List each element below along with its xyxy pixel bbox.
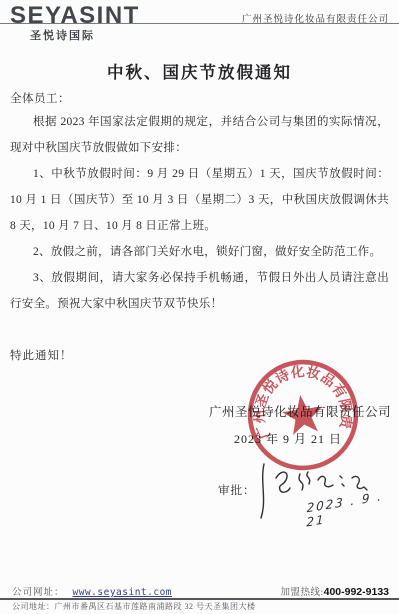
approval-label: 审批： [218, 482, 256, 498]
notice-paragraph: 2、放假之前，请各部门关好水电，锁好门窗，做好安全防范工作。 [10, 239, 389, 265]
notice-paragraph: 3、放假期间，请大家务必保持手机畅通，节假日外出人员请注意出行安全。预祝大家中秋… [10, 265, 389, 317]
svg-text:广州圣悦诗化妆品有限责任公司: 广州圣悦诗化妆品有限责任公司 [239, 351, 358, 447]
footer-divider [0, 598, 399, 600]
footer-website-link[interactable]: www.seyasint.com [73, 587, 173, 598]
footer-hotline-number: 400-992-9133 [324, 586, 389, 598]
notice-paragraph: 根据 2023 年国家法定假期的规定，并结合公司与集团的实际情况，现对中秋国庆节… [10, 109, 389, 161]
seal-star-icon [280, 392, 326, 436]
salutation: 全体员工： [10, 90, 70, 106]
footer-address-label: 公司地址： [12, 602, 55, 611]
notice-closing: 特此通知！ [10, 347, 73, 363]
footer-address: 广州市番禺区石基市莲路南浦路段 32 号天圣集团大楼 [55, 602, 256, 611]
footer-address-row: 公司地址：广州市番禺区石基市莲路南浦路段 32 号天圣集团大楼 [12, 601, 256, 612]
header-company-name: 广州圣悦诗化妆品有限责任公司 [242, 11, 389, 25]
brand-subtitle: 圣悦诗国际 [30, 27, 95, 43]
footer-top-row: 公司网址：www.seyasint.com 加盟热线:400-992-9133 [12, 584, 389, 598]
seal-arc-text: 广州圣悦诗化妆品有限责任公司 [239, 351, 358, 447]
footer-hotline-label: 加盟热线: [280, 588, 323, 598]
notice-document: SEYASINT 圣悦诗国际 广州圣悦诗化妆品有限责任公司 中秋、国庆节放假通知… [0, 0, 399, 614]
notice-body: 根据 2023 年国家法定假期的规定，并结合公司与集团的实际情况，现对中秋国庆节… [10, 109, 389, 317]
footer-hotline: 加盟热线:400-992-9133 [280, 584, 389, 598]
footer-website-label: 公司网址： [12, 588, 65, 598]
notice-title: 中秋、国庆节放假通知 [0, 59, 399, 83]
brand-logo: SEYASINT [10, 4, 140, 28]
notice-paragraph: 1、中秋节放假时间：9 月 29 日（星期五）1 天，国庆节放假时间：10 月 … [10, 161, 389, 239]
